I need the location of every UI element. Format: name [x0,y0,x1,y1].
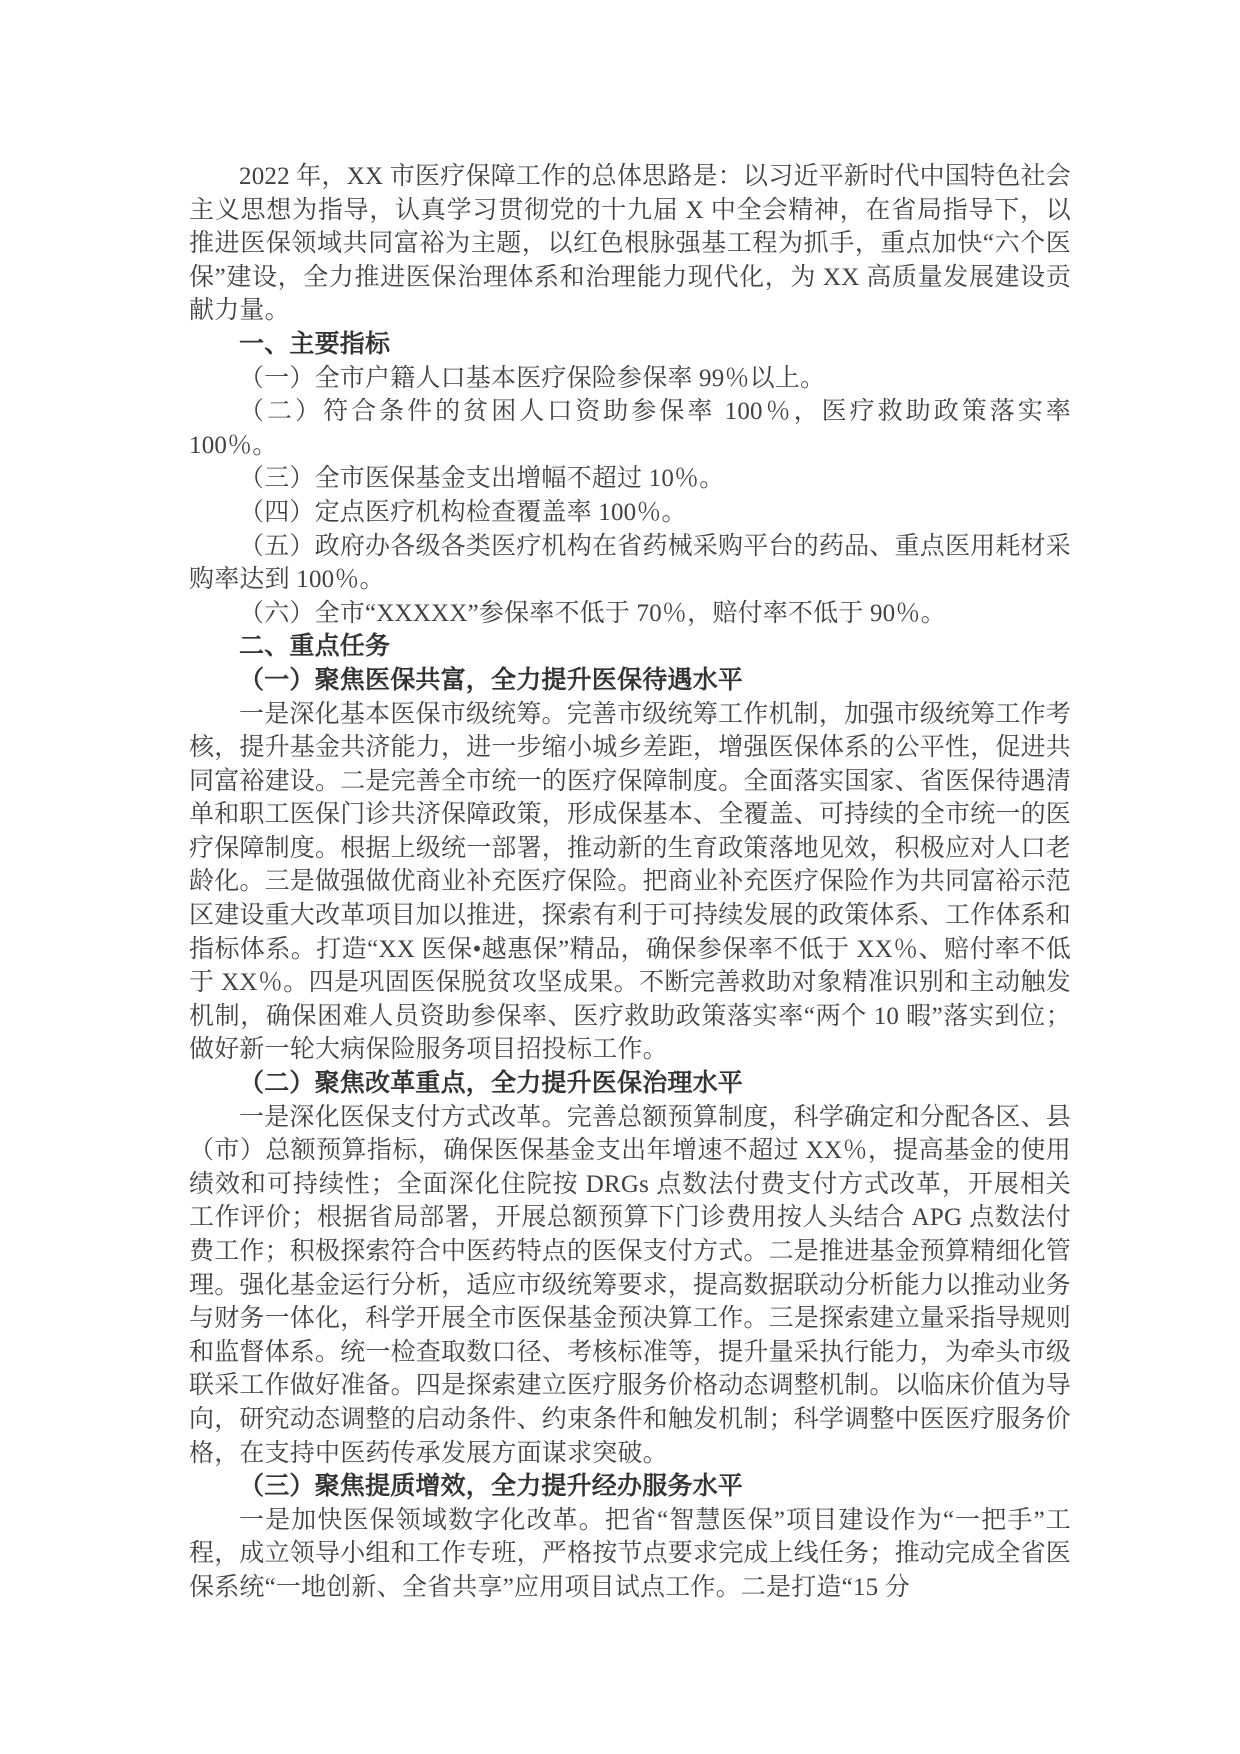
indicator-item-3: （三）全市医保基金支出增幅不超过 10％。 [189,462,1071,496]
task-paragraph-1: 一是深化基本医保市级统筹。完善市级统筹工作机制，加强市级统筹工作考核，提升基金共… [189,698,1071,1068]
indicator-item-5: （五）政府办各级各类医疗机构在省药械采购平台的药品、重点医用耗材采购率达到 10… [189,530,1071,597]
subsection-heading-task-3: （三）聚焦提质增效，全力提升经办服务水平 [189,1470,1071,1504]
task-paragraph-3: 一是加快医保领域数字化改革。把省“智慧医保”项目建设作为“一把手”工程，成立领导… [189,1504,1071,1605]
indicator-item-6: （六）全市“XXXXX”参保率不低于 70％，赔付率不低于 90％。 [189,597,1071,631]
indicator-item-4: （四）定点医疗机构检查覆盖率 100％。 [189,496,1071,530]
section-heading-key-tasks: 二、重点任务 [189,630,1071,664]
section-heading-main-indicators: 一、主要指标 [189,328,1071,362]
task-paragraph-2: 一是深化医保支付方式改革。完善总额预算制度，科学确定和分配各区、县（市）总额预算… [189,1101,1071,1471]
subsection-heading-task-2: （二）聚焦改革重点，全力提升医保治理水平 [189,1067,1071,1101]
indicator-item-1: （一）全市户籍人口基本医疗保险参保率 99％以上。 [189,362,1071,396]
indicator-item-2: （二）符合条件的贫困人口资助参保率 100％，医疗救助政策落实率 100％。 [189,395,1071,462]
document-page: 2022 年，XX 市医疗保障工作的总体思路是：以习近平新时代中国特色社会主义思… [0,0,1240,1754]
subsection-heading-task-1: （一）聚焦医保共富，全力提升医保待遇水平 [189,664,1071,698]
document-body: 2022 年，XX 市医疗保障工作的总体思路是：以习近平新时代中国特色社会主义思… [189,160,1071,1605]
intro-paragraph: 2022 年，XX 市医疗保障工作的总体思路是：以习近平新时代中国特色社会主义思… [189,160,1071,328]
